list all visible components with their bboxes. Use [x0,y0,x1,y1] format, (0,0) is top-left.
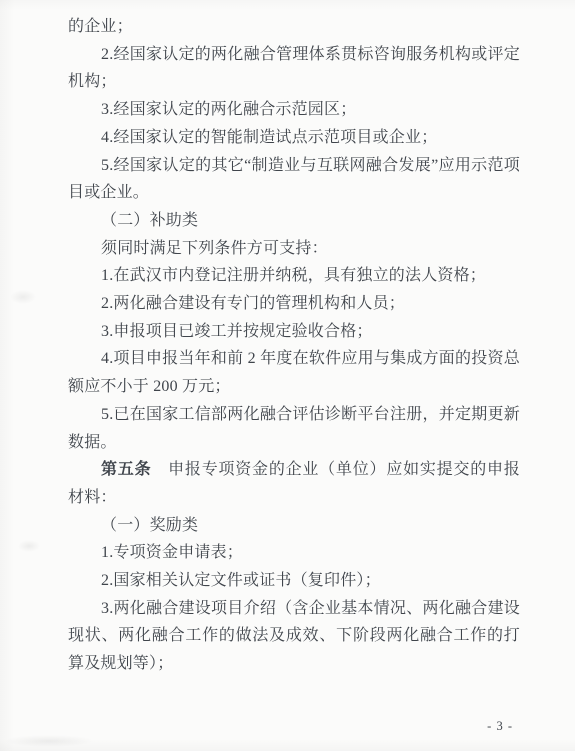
paragraph: 的企业； [68,13,520,41]
paragraph: 1.在武汉市内登记注册并纳税，具有独立的法人资格； [68,262,520,290]
paragraph-text: 2.两化融合建设有专门的管理机构和人员； [101,295,405,312]
paragraph-text-bold: 第五条 [101,461,151,478]
paragraph: 2.国家相关认定文件或证书（复印件）； [68,567,520,595]
scan-smudge [10,290,36,304]
paragraph: 3.两化融合建设项目介绍（含企业基本情况、两化融合建设现状、两化融合工作的做法及… [68,595,520,678]
paragraph: 2.两化融合建设有专门的管理机构和人员； [68,290,520,318]
paragraph: 4.项目申报当年和前 2 年度在软件应用与集成方面的投资总额应不小于 200 万… [68,345,520,400]
paragraph: （二）补助类 [68,207,520,235]
paragraph-text: （一）奖励类 [101,517,198,534]
paragraph-text: 3.两化融合建设项目介绍（含企业基本情况、两化融合建设现状、两化融合工作的做法及… [68,600,520,672]
paragraph-text: 4.项目申报当年和前 2 年度在软件应用与集成方面的投资总额应不小于 200 万… [68,350,520,395]
paragraph-text: 2.国家相关认定文件或证书（复印件）； [101,572,381,589]
document-body: 的企业；2.经国家认定的两化融合管理体系贯标咨询服务机构或评定机构；3.经国家认… [68,13,520,678]
paragraph-text: 4.经国家认定的智能制造试点示范项目或企业； [101,129,437,146]
paragraph-text: 2.经国家认定的两化融合管理体系贯标咨询服务机构或评定机构； [68,46,520,91]
paragraph: 5.经国家认定的其它“制造业与互联网融合发展”应用示范项目或企业。 [68,152,520,207]
paragraph: 第五条 申报专项资金的企业（单位）应如实提交的申报材料： [68,456,520,511]
paragraph: 1.专项资金申请表； [68,539,520,567]
paragraph-text: 5.经国家认定的其它“制造业与互联网融合发展”应用示范项目或企业。 [68,157,520,202]
paragraph-text: 3.申报项目已竣工并按规定验收合格； [101,323,373,340]
paragraph-text: 5.已在国家工信部两化融合评估诊断平台注册，并定期更新数据。 [68,406,520,451]
scan-smudge [18,540,40,552]
paragraph: 3.申报项目已竣工并按规定验收合格； [68,318,520,346]
paragraph-text: 须同时满足下列条件方可支持： [101,240,328,257]
paragraph: 须同时满足下列条件方可支持： [68,235,520,263]
page-number: - 3 - [487,719,513,734]
scan-smudge [4,735,94,747]
paragraph: （一）奖励类 [68,512,520,540]
paragraph-text: 的企业； [68,18,133,35]
paragraph: 2.经国家认定的两化融合管理体系贯标咨询服务机构或评定机构； [68,41,520,96]
paragraph-text: 1.专项资金申请表； [101,544,243,561]
paragraph-text: 1.在武汉市内登记注册并纳税，具有独立的法人资格； [101,267,486,284]
paragraph: 3.经国家认定的两化融合示范园区； [68,96,520,124]
paragraph: 5.已在国家工信部两化融合评估诊断平台注册，并定期更新数据。 [68,401,520,456]
document-page: 的企业；2.经国家认定的两化融合管理体系贯标咨询服务机构或评定机构；3.经国家认… [0,0,575,751]
paragraph: 4.经国家认定的智能制造试点示范项目或企业； [68,124,520,152]
paragraph-text: 3.经国家认定的两化融合示范园区； [101,101,356,118]
paragraph-text: （二）补助类 [101,212,198,229]
